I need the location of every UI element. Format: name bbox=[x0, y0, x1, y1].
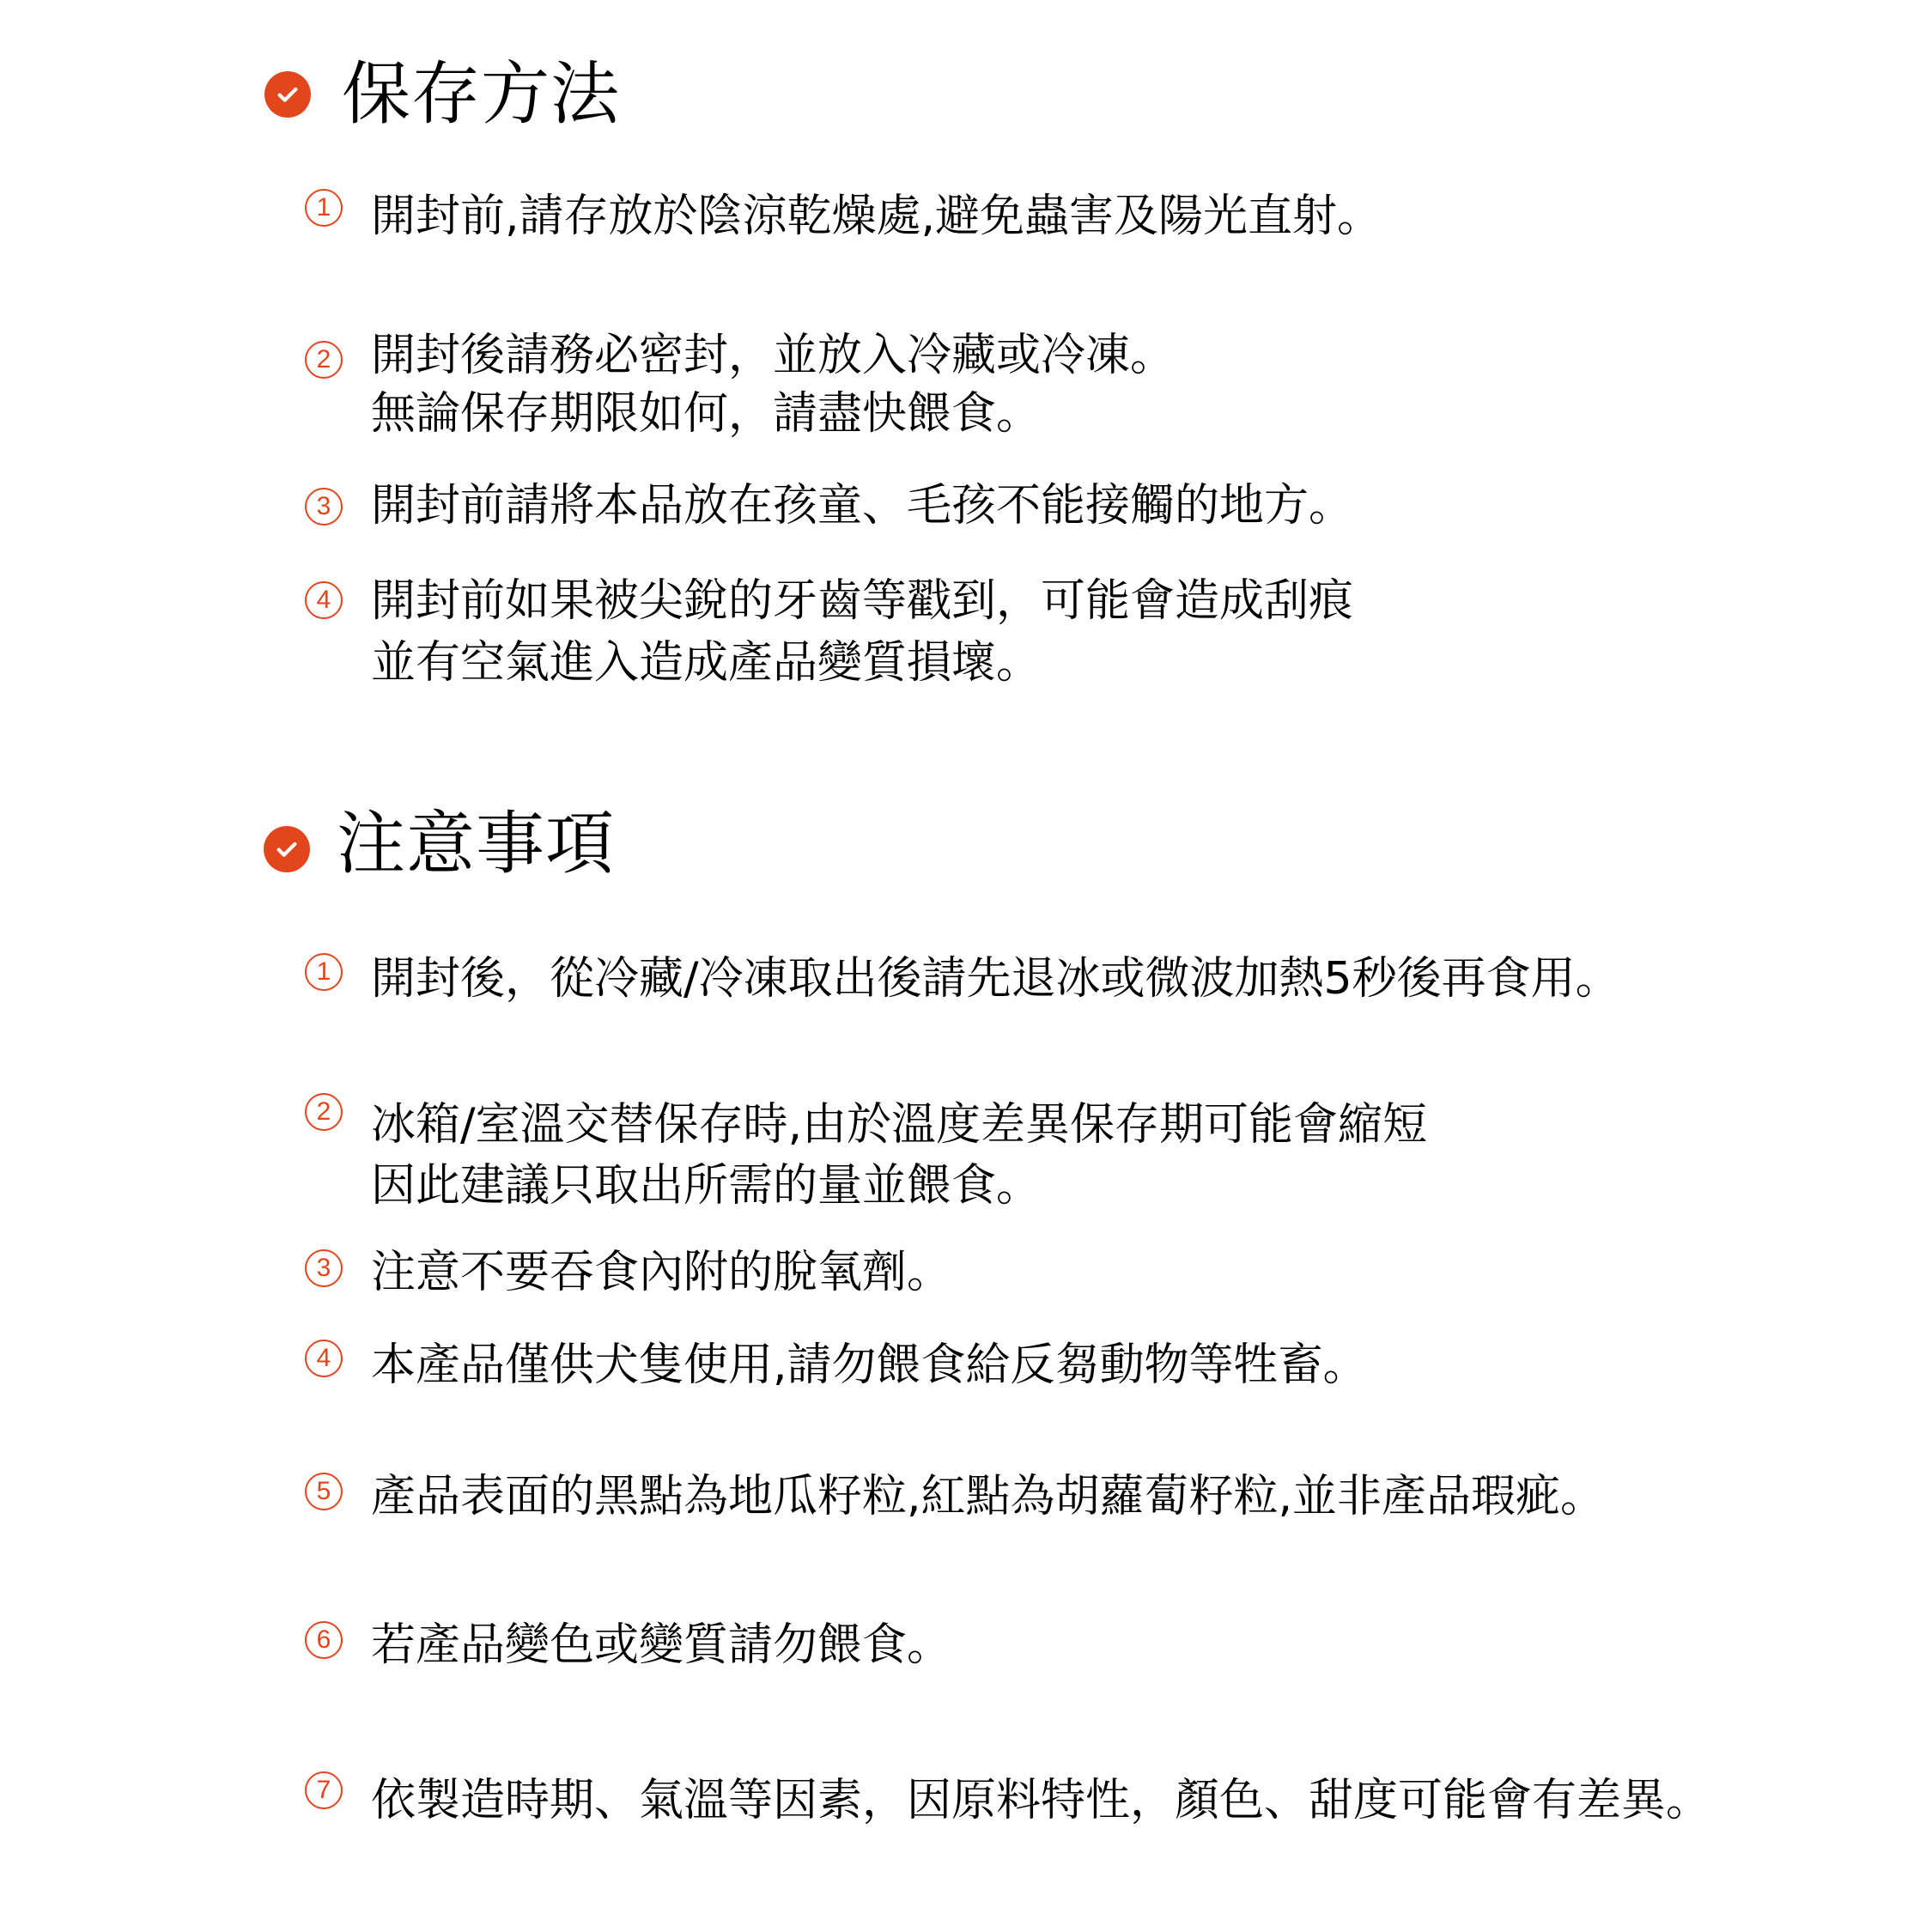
check-circle-icon bbox=[264, 826, 310, 872]
section-title: 注意事項 bbox=[337, 801, 615, 887]
item-text: 開封前如果被尖銳的牙齒等戳到，可能會造成刮痕 bbox=[371, 571, 1353, 631]
item-text: 並有空氣進入造成產品變質損壞。 bbox=[371, 633, 1041, 693]
circled-number-icon: 4 bbox=[305, 1340, 343, 1377]
item-text: 依製造時期、氣溫等因素，因原料特性，顏色、甜度可能會有差異。 bbox=[371, 1771, 1710, 1831]
item-text: 注意不要吞食內附的脫氧劑。 bbox=[371, 1242, 951, 1303]
item-text: 開封前請將本品放在孩童、毛孩不能接觸的地方。 bbox=[371, 476, 1353, 536]
item-text: 產品表面的黑點為地瓜籽粒,紅點為胡蘿蔔籽粒,並非產品瑕疵。 bbox=[371, 1467, 1605, 1527]
item-text: 若產品變色或變質請勿餵食。 bbox=[371, 1615, 951, 1675]
circled-number-icon: 2 bbox=[305, 1093, 343, 1131]
item-text: 本產品僅供犬隻使用,請勿餵食給反芻動物等牲畜。 bbox=[371, 1335, 1368, 1395]
check-circle-icon bbox=[264, 71, 311, 118]
circled-number-icon: 1 bbox=[305, 189, 343, 227]
item-text: 開封後，從冷藏/冷凍取出後請先退冰或微波加熱5秒後再食用。 bbox=[371, 949, 1620, 1009]
item-text: 無論保存期限如何，請盡快餵食。 bbox=[371, 384, 1041, 444]
circled-number-icon: 1 bbox=[305, 953, 343, 991]
circled-number-icon: 5 bbox=[305, 1473, 343, 1510]
section-title: 保存方法 bbox=[342, 52, 620, 137]
item-text: 開封後請務必密封，並放入冷藏或冷凍。 bbox=[371, 325, 1175, 386]
circled-number-icon: 7 bbox=[305, 1771, 343, 1809]
circled-number-icon: 4 bbox=[305, 581, 343, 619]
circled-number-icon: 6 bbox=[305, 1621, 343, 1659]
circled-number-icon: 3 bbox=[305, 488, 343, 526]
item-text: 因此建議只取出所需的量並餵食。 bbox=[371, 1156, 1041, 1216]
item-text: 冰箱/室溫交替保存時,由於溫度差異保存期可能會縮短 bbox=[371, 1095, 1427, 1155]
item-text: 開封前,請存放於陰涼乾燥處,避免蟲害及陽光直射。 bbox=[371, 186, 1382, 246]
circled-number-icon: 2 bbox=[305, 341, 343, 379]
circled-number-icon: 3 bbox=[305, 1249, 343, 1287]
